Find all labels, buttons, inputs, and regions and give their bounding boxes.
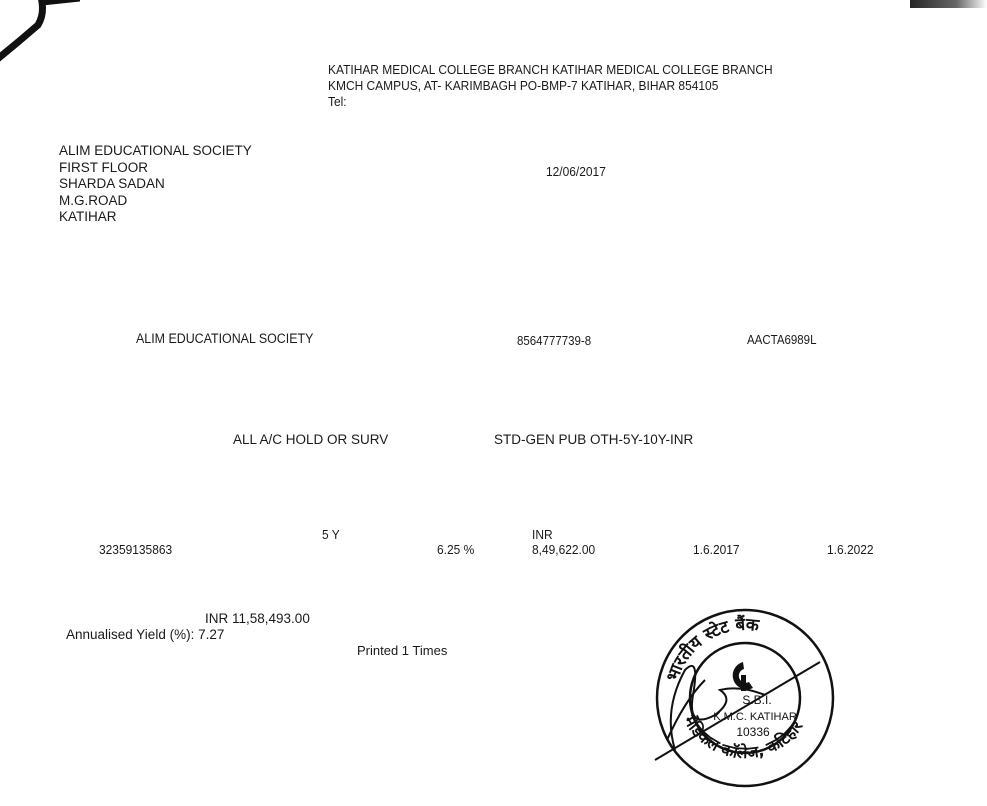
address-line: M.G.ROAD	[59, 193, 252, 210]
deposit-maturity-date: 1.6.2022	[827, 542, 874, 557]
print-count: Printed 1 Times	[357, 643, 447, 658]
deposit-tenure: 5 Y	[322, 527, 340, 542]
letter-date: 12/06/2017	[546, 164, 606, 179]
address-line: KATIHAR	[59, 209, 252, 226]
deposit-currency: INR	[532, 527, 553, 542]
branch-tel-label: Tel:	[328, 94, 773, 110]
customer-id: 8564777739-8	[517, 334, 591, 348]
svg-text:भारतीय स्टेट बैंक: भारतीय स्टेट बैंक	[663, 614, 761, 684]
address-line: ALIM EDUCATIONAL SOCIETY	[59, 143, 252, 160]
customer-address-block: ALIM EDUCATIONAL SOCIETY FIRST FLOOR SHA…	[59, 143, 252, 226]
bank-branch-header: KATIHAR MEDICAL COLLEGE BRANCH KATIHAR M…	[328, 62, 773, 110]
bank-seal-stamp-icon: भारतीय स्टेट बैंक मेडिकल कॉलेज, कटिहार S…	[645, 600, 845, 790]
scan-edge-mark	[910, 0, 987, 8]
operating-mode: ALL A/C HOLD OR SURV	[233, 432, 388, 447]
deposit-start-date: 1.6.2017	[693, 542, 740, 557]
deposit-amount: 8,49,622.00	[532, 542, 595, 557]
account-holder-name: ALIM EDUCATIONAL SOCIETY	[136, 331, 313, 346]
pan-number: AACTA6989L	[747, 333, 816, 347]
scheme-name: STD-GEN PUB OTH-5Y-10Y-INR	[494, 432, 693, 447]
address-line: SHARDA SADAN	[59, 176, 252, 193]
deposit-account-number: 32359135863	[99, 542, 172, 557]
address-line: FIRST FLOOR	[59, 160, 252, 177]
annualised-yield: Annualised Yield (%): 7.27	[66, 627, 224, 642]
branch-address: KMCH CAMPUS, AT- KARIMBAGH PO-BMP-7 KATI…	[328, 78, 773, 94]
interest-rate: 6.25 %	[437, 542, 474, 557]
branch-name: KATIHAR MEDICAL COLLEGE BRANCH KATIHAR M…	[328, 62, 773, 78]
maturity-amount: INR 11,58,493.00	[205, 611, 310, 626]
stamp-inner-line3: 10336	[736, 725, 770, 739]
scan-corner-mark-icon	[0, 0, 80, 70]
stamp-outer-top-text: भारतीय स्टेट बैंक	[663, 614, 761, 684]
